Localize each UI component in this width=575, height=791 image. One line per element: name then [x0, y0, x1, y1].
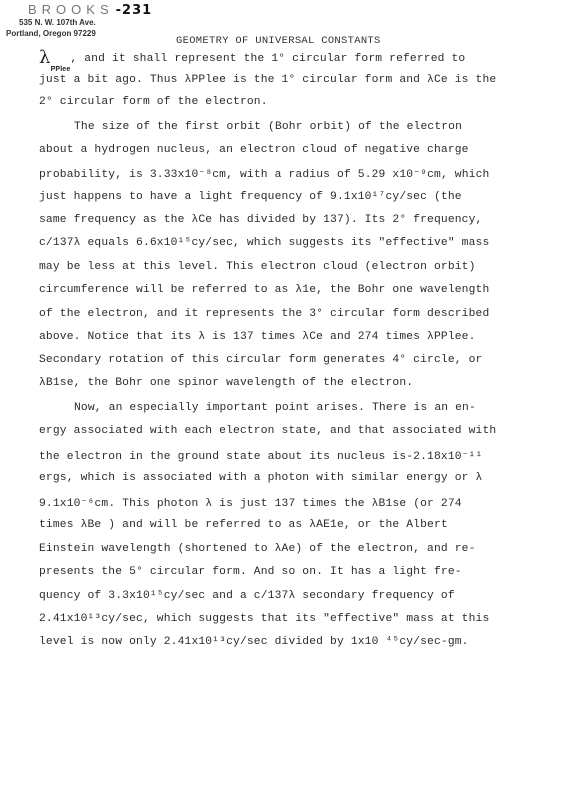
text-line: just a bit ago. Thus λPPlee is the 1° ci…	[39, 74, 496, 86]
page-number: -231	[116, 3, 153, 18]
text-line: The size of the first orbit (Bohr orbit)…	[74, 121, 462, 133]
text-line: circumference will be referred to as λ1e…	[39, 284, 489, 296]
text-line: Secondary rotation of this circular form…	[39, 354, 482, 366]
text-line: ergy associated with each electron state…	[39, 425, 496, 437]
text-line: about a hydrogen nucleus, an electron cl…	[39, 144, 469, 156]
text-line: λB1se, the Bohr one spinor wavelength of…	[39, 377, 413, 389]
document-title: GEOMETRY OF UNIVERSAL CONSTANTS	[176, 35, 381, 47]
text-line: may be less at this level. This electron…	[39, 261, 476, 273]
letterhead-name: BROOKS-231	[28, 2, 152, 18]
text-line: level is now only 2.41x10¹³cy/sec divide…	[39, 636, 469, 648]
text-line: presents the 5° circular form. And so on…	[39, 566, 462, 578]
text-line: above. Notice that its λ is 137 times λC…	[39, 331, 476, 343]
text-line: 9.1x10⁻⁶cm. This photon λ is just 137 ti…	[39, 496, 462, 510]
text-line: Einstein wavelength (shortened to λAe) o…	[39, 543, 476, 555]
text-line: 2.41x10¹³cy/sec, which suggests that its…	[39, 613, 489, 625]
text-line: just happens to have a light frequency o…	[39, 191, 462, 203]
text-line: Now, an especially important point arise…	[74, 402, 476, 414]
text-line: same frequency as the λCe has divided by…	[39, 214, 482, 226]
text-line: probability, is 3.33x10⁻⁸cm, with a radi…	[39, 167, 489, 181]
text-line: of the electron, and it represents the 3…	[39, 308, 489, 320]
text-line: the electron in the ground state about i…	[39, 449, 483, 463]
text-line: times λBe ) and will be referred to as λ…	[39, 519, 448, 531]
text-line: quency of 3.3x10¹⁵cy/sec and a c/137λ se…	[39, 590, 455, 602]
text-line: λPPlee, and it shall represent the 1° ci…	[39, 53, 465, 65]
text-line: ergs, which is associated with a photon …	[39, 472, 482, 484]
letterhead-address: 535 N. W. 107th Ave.	[19, 18, 96, 27]
text-line: c/137λ equals 6.6x10¹⁵cy/sec, which sugg…	[39, 237, 489, 249]
letterhead-city: Portland, Oregon 97229	[6, 29, 96, 38]
lambda-symbol: λPPlee	[39, 47, 70, 68]
text-line: 2° circular form of the electron.	[39, 96, 268, 108]
